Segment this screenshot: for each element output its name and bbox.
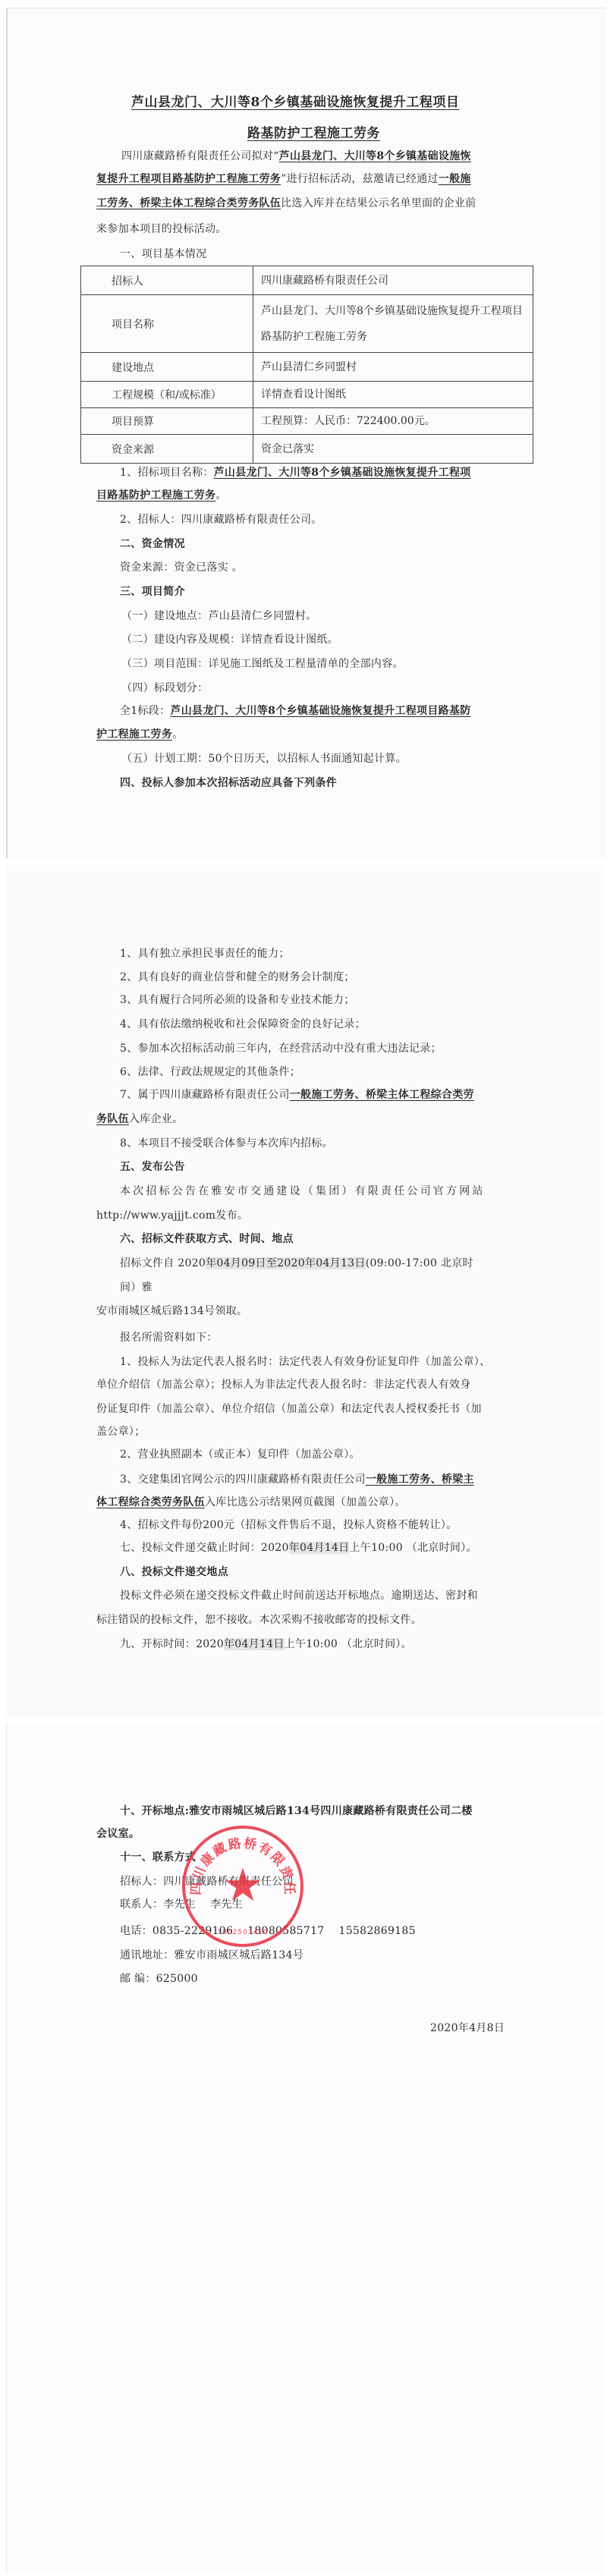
period-text: 招标文件自 2020: [120, 1257, 206, 1269]
requirement-1-cont: 单位介绍信（加盖公章）；投标人为非法定代表人报名时：非法定代表人有效身: [96, 1378, 471, 1392]
submission-rules-cont: 标注错误的投标文件，恕不接收。本次采购不接收邮寄的投标文件。: [96, 1613, 422, 1627]
contact-address: 通讯地址：雅安市雨城区城后路134号: [120, 1949, 303, 1962]
condition-item: 4、具有依法缴纳税收和社会保障资金的良好记录；: [120, 1018, 366, 1031]
document-location: 安市雨城区城后路134号领取。: [96, 1304, 247, 1318]
table-label: 资金来源: [81, 435, 253, 464]
page-3: [6, 1722, 605, 2574]
table-row: 资金来源 资金已落实: [81, 435, 533, 464]
table-label: 项目预算: [81, 408, 253, 435]
table-label: 项目名称: [81, 295, 253, 353]
table-label: 建设地点: [81, 353, 253, 382]
condition-item: 3、具有履行合同所必须的设备和专业技术能力；: [120, 993, 355, 1007]
opening-text: 上午10:00 （北京时间）。: [285, 1638, 412, 1650]
submission-rules: 投标文件必须在递交投标文件截止时间前送达开标地点。逾期送达、密封和: [120, 1589, 478, 1603]
condition-item: 5、参加本次招标活动前三年内，在经营活动中没有重大违法记录；: [120, 1042, 442, 1055]
table-row: 项目名称 芦山县龙门、大川等8个乡镇基础设施恢复提升工程项目路基防护工程施工劳务: [81, 295, 533, 353]
intro-line-1: 四川康藏路桥有限责任公司拟对“芦山县龙门、大川等8个乡镇基础设施恢: [121, 149, 471, 163]
team-type-underlined: 体工程综合类劳务队伍: [96, 1496, 205, 1508]
schedule: （五）计划工期：50个日历天，以招标人书面通知起计算。: [121, 752, 407, 766]
condition-text: 入库企业。: [129, 1113, 184, 1125]
intro-text: ”进行招标活动，兹邀请已经通过: [281, 173, 439, 185]
publish-url: http://www.yajjjt.com发布。: [96, 1209, 248, 1222]
document-period-cont: 间）雅: [120, 1281, 153, 1294]
condition-item: 1、具有独立承担民事责任的能力；: [120, 947, 290, 961]
company-seal: 四川康藏路桥有限责任公司 ★ 1802503410: [182, 1826, 303, 1947]
requirements-heading: 报名所需资料如下：: [120, 1331, 218, 1345]
table-value: 工程预算：人民币：722400.00元。: [253, 408, 533, 435]
project-name-underlined: 芦山县龙门、大川等8个乡镇基础设施恢复提升工程项目路基防: [170, 705, 470, 717]
highlighted-date: 年04月14日: [224, 1638, 285, 1650]
condition-item: 8、本项目不接受联合体参与本次库内招标。: [120, 1137, 333, 1150]
table-value: 四川康藏路桥有限责任公司: [253, 266, 533, 295]
table-row: 建设地点 芦山县清仁乡同盟村: [81, 353, 533, 382]
period-text: (09:00-17:00 北京时: [366, 1257, 473, 1269]
table-label: 工程规模（和/或标准）: [81, 382, 253, 408]
opening-time: 九、开标时间：2020年04月14日上午10:00 （北京时间）。: [120, 1637, 412, 1651]
document-title-line-1: 芦山县龙门、大川等8个乡镇基础设施恢复提升工程项目: [131, 91, 459, 110]
section-3-item: （一）建设地点：芦山县清仁乡同盟村。: [121, 609, 316, 623]
section-6-heading: 六、招标文件获取方式、时间、地点: [120, 1232, 294, 1246]
condition-item: 2、具有良好的商业信誉和健全的财务会计制度；: [120, 970, 355, 984]
submission-deadline: 七、投标文件递交截止时间：2020年04月14日上午10:00 （北京时间）。: [120, 1541, 477, 1555]
lot-division: 全1标段：芦山县龙门、大川等8个乡镇基础设施恢复提升工程项目路基防: [120, 704, 471, 718]
seal-code: 1802503410: [185, 1929, 300, 1936]
requirement-text: 入库比选公示结果网页截图（加盖公章）。: [205, 1496, 406, 1508]
table-value: 资金已落实: [253, 435, 533, 464]
table-value: 详情查看设计图纸: [253, 382, 533, 408]
document-date: 2020年4月8日: [430, 2021, 505, 2035]
requirement-2: 2、营业执照副本（或正本）复印件（加盖公章）。: [120, 1448, 360, 1461]
section-5-heading: 五、发布公告: [120, 1160, 185, 1174]
condition-item-7: 7、属于四川康藏路桥有限责任公司一般施工劳务、桥梁主体工程综合类劳: [120, 1088, 474, 1102]
deadline-text: 上午10:00 （北京时间）。: [349, 1542, 476, 1554]
requirement-text: 3、交建集团官网公示的四川康藏路桥有限责任公司: [120, 1474, 366, 1486]
opening-text: 九、开标时间：2020: [120, 1638, 224, 1650]
section-3-item: （四）标段划分：: [121, 681, 208, 695]
requirement-3-cont: 体工程综合类劳务队伍入库比选公示结果网页截图（加盖公章）。: [96, 1496, 406, 1509]
team-type-underlined: 一般施工劳务、桥梁主体工程综合类劳: [290, 1089, 474, 1101]
section-3-item: （二）建设内容及规模：详情查看设计图纸。: [121, 633, 338, 646]
requirement-1: 1、投标人为法定代表人报名时：法定代表人有效身份证复印件（加盖公章）、: [120, 1355, 490, 1369]
team-type-underlined: 务队伍: [96, 1113, 129, 1125]
opening-location: 十、开标地点:雅安市雨城区城后路134号四川康藏路桥有限责任公司二楼: [120, 1804, 473, 1818]
item-project-name-cont: 目路基防护工程施工劳务。: [96, 489, 227, 502]
team-type-underlined: 工劳务、桥梁主体工程综合类劳务队伍: [96, 197, 281, 209]
requirement-1-cont: 份证复印件（加盖公章）、单位介绍信（加盖公章）和法定代表人授权委托书（加: [96, 1402, 482, 1416]
table-value: 芦山县清仁乡同盟村: [253, 353, 533, 382]
publish-text: 本次招标公告在雅安市交通建设（集团）有限责任公司官方网站: [120, 1184, 486, 1198]
requirement-1-cont: 盖公章）；: [96, 1425, 146, 1439]
document-title-line-2: 路基防护工程施工劳务: [247, 122, 380, 141]
table-row: 招标人 四川康藏路桥有限责任公司: [81, 266, 533, 295]
requirement-4: 4、招标文件每份200元（招标文件售后不退，投标人资格不能转让）。: [120, 1518, 458, 1532]
team-type-underlined: 一般施工劳务、桥梁主: [366, 1474, 474, 1486]
intro-line-3: 工劳务、桥梁主体工程综合类劳务队伍比选入库并在结果公示名单里面的企业前: [96, 197, 476, 210]
table-row: 项目预算 工程预算：人民币：722400.00元。: [81, 408, 533, 435]
project-info-table: 招标人 四川康藏路桥有限责任公司 项目名称 芦山县龙门、大川等8个乡镇基础设施恢…: [80, 266, 533, 464]
section-3-heading: 三、项目简介: [120, 585, 185, 599]
project-name-underlined: 护工程施工劳务: [96, 728, 172, 741]
document-period: 招标文件自 2020年04月09日至2020年04月13日(09:00-17:0…: [120, 1257, 473, 1270]
item-project-name: 1、招标项目名称：芦山县龙门、大川等8个乡镇基础设施恢复提升工程项: [120, 466, 471, 480]
item-tenderer: 2、招标人：四川康藏路桥有限责任公司。: [120, 513, 322, 527]
item-label: 1、招标项目名称：: [120, 467, 214, 479]
intro-line-4: 来参加本项目的投标活动。: [96, 222, 227, 236]
project-name-underlined: 目路基防护工程施工劳务: [96, 489, 215, 502]
opening-location-cont: 会议室。: [96, 1827, 140, 1841]
team-type-underlined: 一般施: [439, 173, 471, 185]
lot-division-cont: 护工程施工劳务。: [96, 728, 183, 741]
funding-source: 资金来源：资金已落实 。: [120, 561, 243, 574]
project-name-underlined: 芦山县龙门、大川等8个乡镇基础设施恢复提升工程项: [214, 467, 471, 479]
table-row: 工程规模（和/或标准） 详情查看设计图纸: [81, 382, 533, 408]
table-value: 芦山县龙门、大川等8个乡镇基础设施恢复提升工程项目路基防护工程施工劳务: [253, 295, 533, 353]
project-name-underlined: 芦山县龙门、大川等8个乡镇基础设施恢: [279, 150, 471, 162]
punctuation: 。: [215, 489, 226, 502]
intro-line-2: 复提升工程项目路基防护工程施工劳务”进行招标活动，兹邀请已经通过一般施: [96, 172, 471, 186]
lot-label: 全1标段：: [120, 705, 170, 717]
intro-text: 比选入库并在结果公示名单里面的企业前: [281, 197, 476, 209]
table-label: 招标人: [81, 266, 253, 295]
contact-postcode: 邮 编：625000: [120, 1972, 198, 1986]
highlighted-dates: 年04月09日至2020年04月13日: [206, 1257, 366, 1269]
section-4-heading: 四、投标人参加本次招标活动应具备下列条件: [120, 776, 337, 790]
condition-item: 6、法律、行政法规规定的其他条件；: [120, 1065, 300, 1079]
star-icon: ★: [222, 1863, 263, 1908]
highlighted-date: 年04月14日: [289, 1542, 350, 1554]
intro-text: 四川康藏路桥有限责任公司拟对“: [121, 150, 279, 162]
section-8-heading: 八、投标文件递交地点: [120, 1565, 228, 1579]
requirement-3: 3、交建集团官网公示的四川康藏路桥有限责任公司一般施工劳务、桥梁主: [120, 1473, 474, 1486]
condition-text: 7、属于四川康藏路桥有限责任公司: [120, 1089, 290, 1101]
section-1-heading: 一、项目基本情况: [120, 247, 206, 261]
punctuation: 。: [172, 728, 183, 741]
section-3-item: （三）项目范围：详见施工图纸及工程量清单的全部内容。: [121, 657, 404, 671]
section-2-heading: 二、资金情况: [120, 537, 185, 551]
condition-item-7-cont: 务队伍入库企业。: [96, 1112, 183, 1126]
deadline-text: 七、投标文件递交截止时间：2020: [120, 1542, 289, 1554]
project-name-underlined: 复提升工程项目路基防护工程施工劳务: [96, 173, 281, 185]
